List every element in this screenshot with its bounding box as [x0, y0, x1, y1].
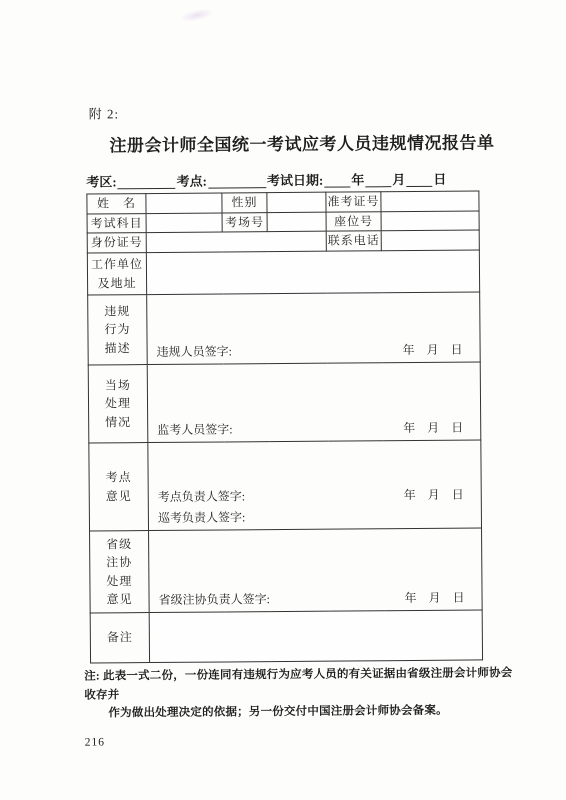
site-head-signature-line: 考点负责人签字: 年 月 日 — [149, 487, 481, 510]
name-label-cell: 姓 名 — [87, 194, 146, 214]
provincial-head-signature-line: 省级注协负责人签字: 年 月 日 — [150, 589, 482, 612]
provincial-head-sign-label: 省级注协负责人签字: — [159, 591, 270, 609]
work-unit-label-cell: 工作单位 及地址 — [87, 253, 146, 295]
room-no-value-cell — [267, 212, 326, 232]
exam-site-label: 考点: — [177, 171, 207, 190]
onsite-handling-content-cell: 监考人员签字: 年 月 日 — [147, 362, 481, 443]
patrol-head-signature-line: 巡考负责人签字: — [149, 507, 481, 530]
exam-year-blank-line — [324, 174, 350, 187]
subject-value-cell — [146, 213, 222, 233]
table-row: 违规 行为 描述 违规人员签字: 年 月 日 — [88, 292, 481, 365]
invigilator-sign-label: 监考人员签字: — [157, 421, 232, 439]
site-opinion-label-cell: 考点 意见 — [89, 443, 149, 531]
onsite-handling-label-cell: 当场 处理 情况 — [88, 365, 148, 443]
exam-month-blank-line — [365, 174, 391, 187]
ticket-no-value-cell — [381, 191, 479, 211]
work-unit-value-cell — [146, 250, 479, 295]
table-row: 省级 注协 处理 意见 省级注协负责人签字: 年 月 日 — [90, 528, 483, 613]
phone-value-cell — [381, 230, 479, 251]
id-no-label-cell: 身份证号 — [87, 233, 146, 253]
name-value-cell — [146, 193, 222, 213]
ticket-no-label-cell: 准考证号 — [326, 192, 381, 212]
gender-label-cell: 性别 — [222, 193, 267, 213]
exam-meta-line: 考区: 考点: 考试日期: 年 月 日 — [86, 170, 490, 190]
violation-report-table: 姓 名 性别 准考证号 考试科目 考场号 座位号 身份证号 联系电话 — [86, 190, 483, 663]
attachment-label: 附 2: — [89, 103, 120, 122]
day-label: 日 — [433, 169, 446, 188]
page-number: 216 — [85, 736, 105, 748]
table-row: 工作单位 及地址 — [87, 250, 479, 295]
exam-day-blank-line — [406, 174, 432, 187]
footnote: 注: 此表一式二份，一份连同有违规行为应考人员的有关证据由省级注册会计师协会收存… — [84, 664, 516, 723]
invigilator-signature-line: 监考人员签字: 年 月 日 — [148, 419, 480, 442]
violation-desc-content-cell: 违规人员签字: 年 月 日 — [147, 292, 481, 365]
violation-date-stub: 年 月 日 — [403, 341, 476, 359]
site-opinion-date-stub: 年 月 日 — [404, 487, 477, 505]
exam-area-blank-line — [118, 176, 176, 189]
id-no-value-cell — [146, 231, 326, 252]
seat-no-value-cell — [381, 211, 479, 231]
exam-area-label: 考区: — [86, 171, 116, 190]
exam-date-label: 考试日期: — [267, 170, 323, 189]
month-label: 月 — [392, 169, 405, 188]
provincial-opinion-label-cell: 省级 注协 处理 意见 — [90, 531, 150, 613]
remarks-value-cell — [149, 610, 482, 663]
table-row: 考点 意见 考点负责人签字: 年 月 日 巡考负责人签字: — [89, 440, 482, 531]
footnote-line-2: 作为做出处理决定的依据；另一份交付中国注册会计师协会备案。 — [84, 701, 516, 723]
scanned-form-page: 附 2: 注册会计师全国统一考试应考人员违规情况报告单 考区: 考点: 考试日期… — [0, 0, 566, 800]
patrol-head-sign-label: 巡考负责人签字: — [158, 509, 245, 527]
violator-sign-label: 违规人员签字: — [157, 343, 232, 361]
table-row: 当场 处理 情况 监考人员签字: 年 月 日 — [88, 362, 481, 443]
provincial-opinion-content-cell: 省级注协负责人签字: 年 月 日 — [149, 528, 483, 613]
gender-value-cell — [267, 192, 326, 212]
violator-signature-line: 违规人员签字: 年 月 日 — [148, 341, 480, 364]
provincial-date-stub: 年 月 日 — [404, 589, 477, 607]
phone-label-cell: 联系电话 — [326, 231, 381, 251]
seat-no-label-cell: 座位号 — [326, 211, 381, 231]
subject-label-cell: 考试科目 — [87, 213, 146, 233]
site-head-sign-label: 考点负责人签字: — [158, 489, 245, 507]
site-opinion-content-cell: 考点负责人签字: 年 月 日 巡考负责人签字: — [148, 440, 482, 531]
table-row: 备注 — [90, 610, 482, 663]
onsite-date-stub: 年 月 日 — [403, 419, 476, 437]
scan-artifact-smudge — [179, 6, 215, 24]
violation-desc-label-cell: 违规 行为 描述 — [88, 295, 148, 365]
year-label: 年 — [351, 169, 364, 188]
exam-site-blank-line — [208, 175, 266, 188]
form-title: 注册会计师全国统一考试应考人员违规情况报告单 — [0, 128, 564, 157]
room-no-label-cell: 考场号 — [222, 212, 267, 232]
footnote-line-1: 注: 此表一式二份，一份连同有违规行为应考人员的有关证据由省级注册会计师协会收存… — [84, 664, 516, 705]
remarks-label-cell: 备注 — [90, 613, 149, 663]
